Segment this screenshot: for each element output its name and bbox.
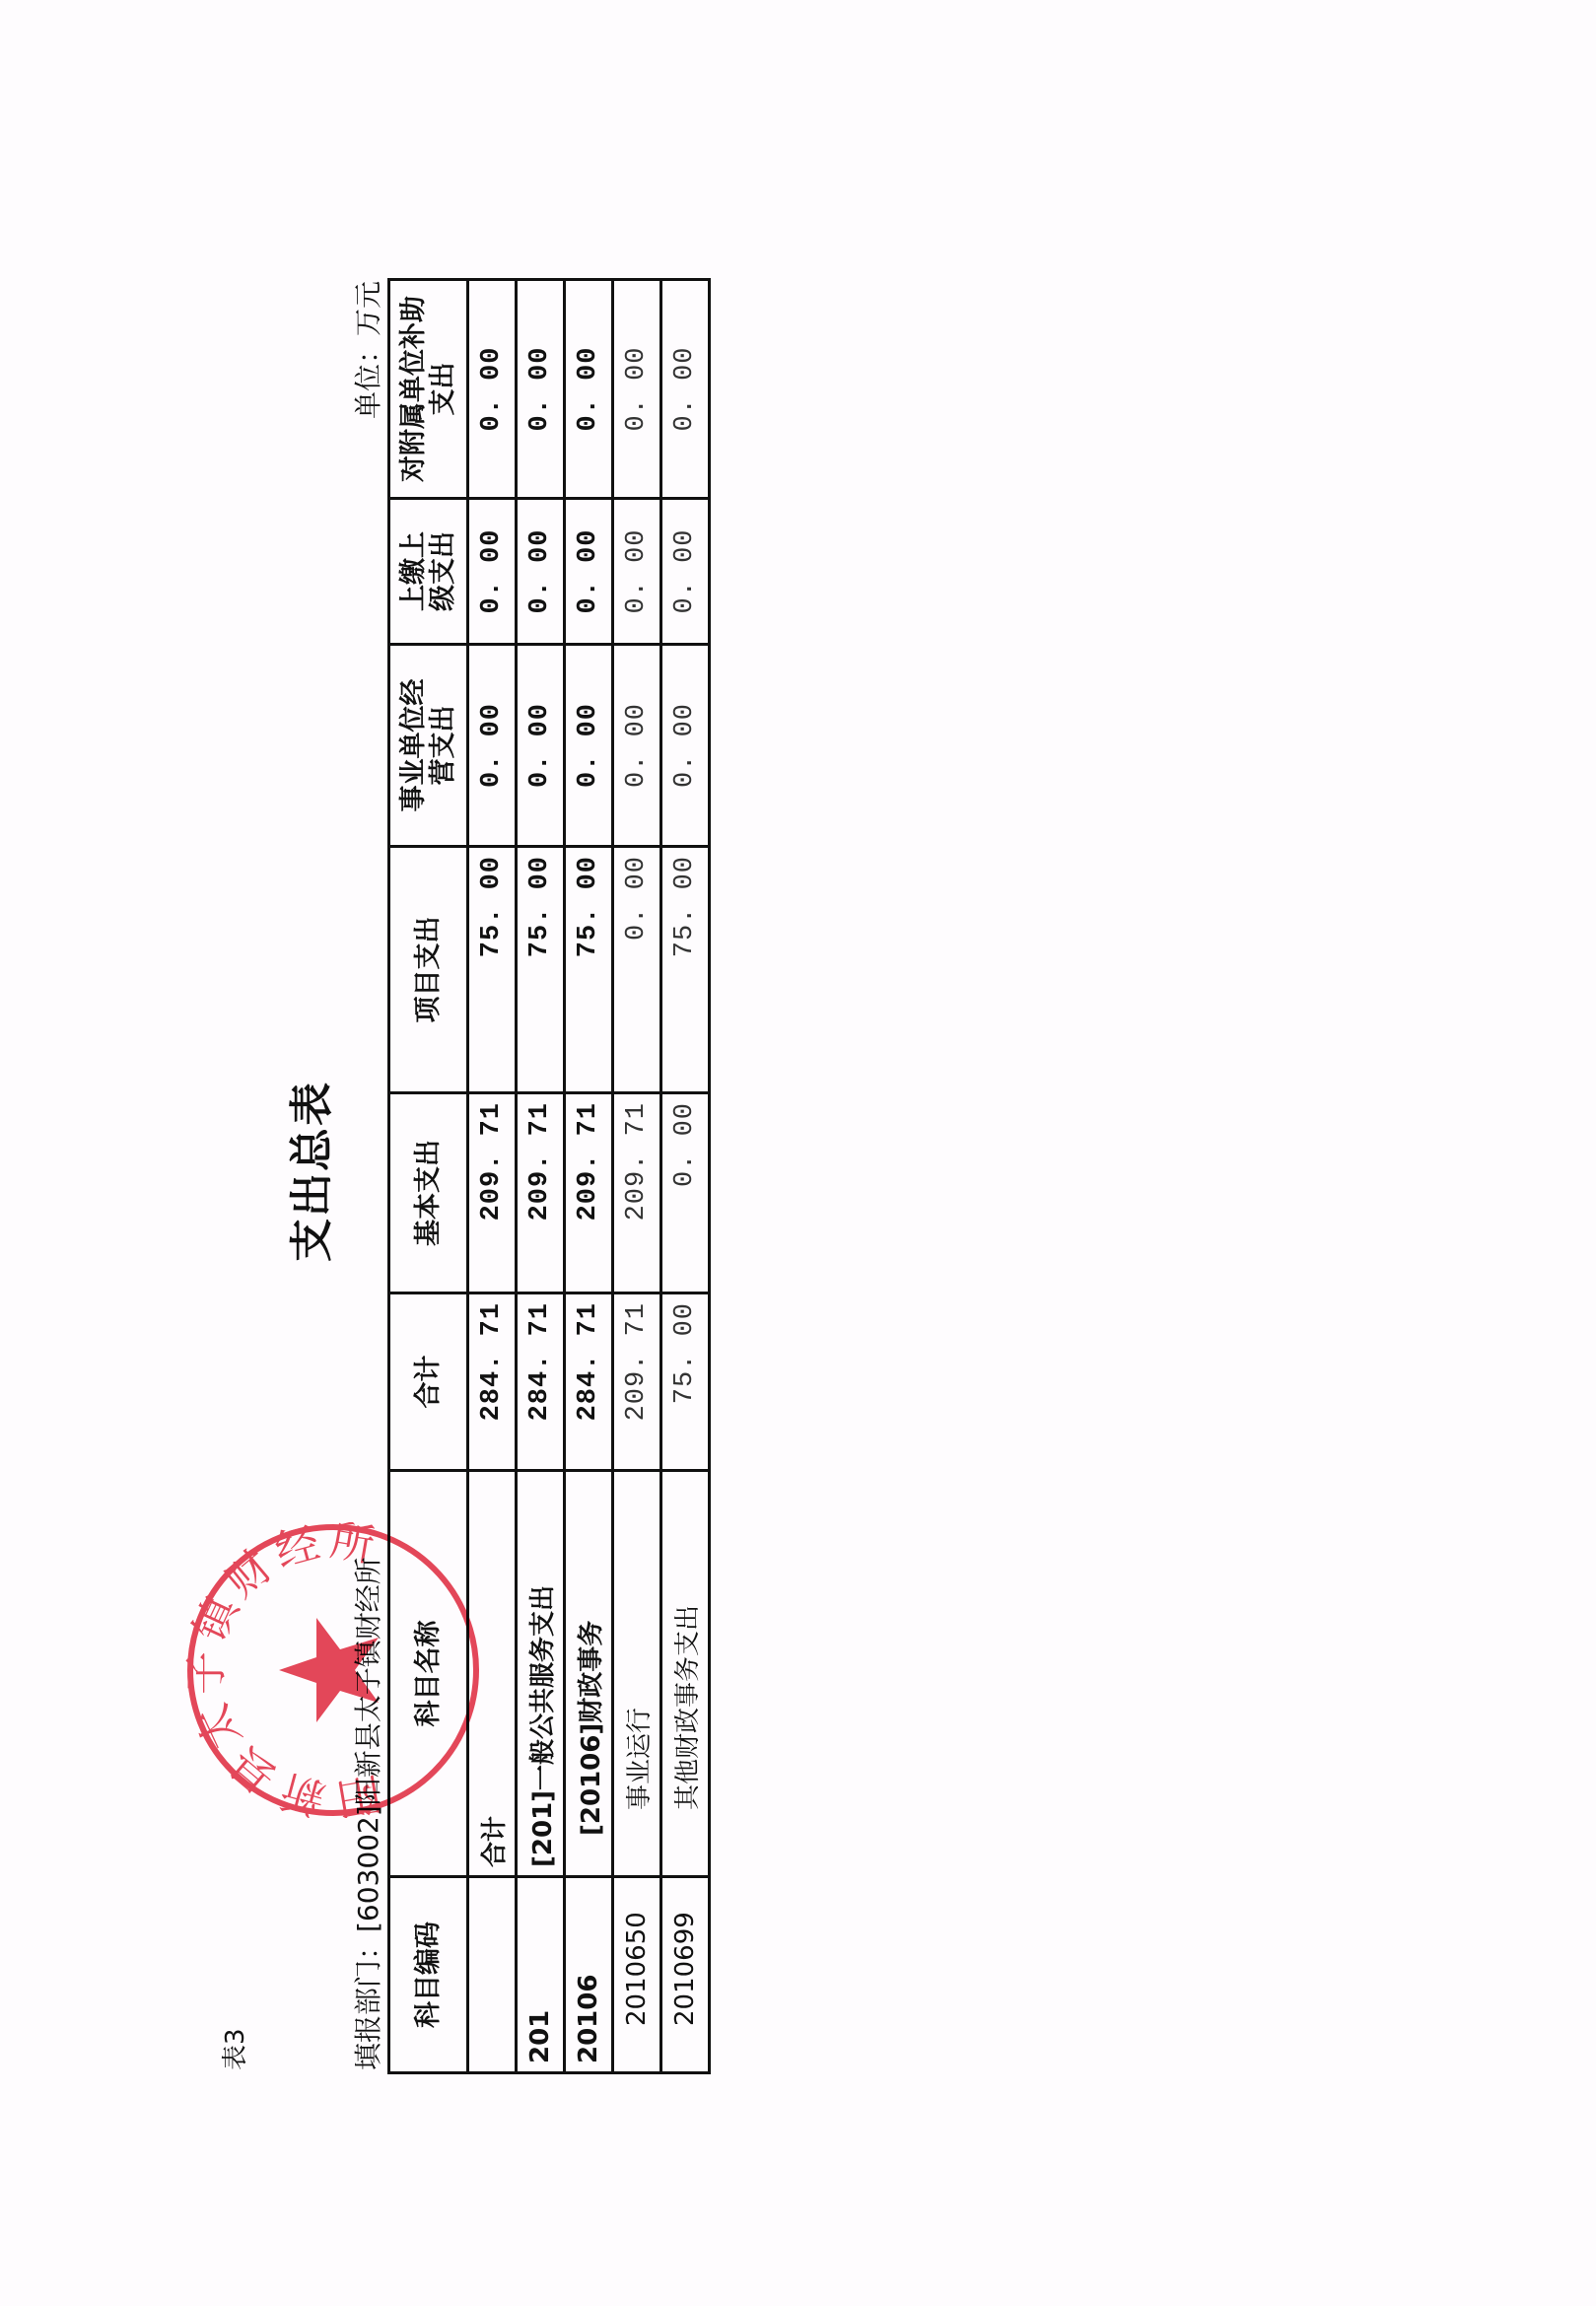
- cell-upper: 0. 00: [613, 499, 661, 645]
- cell-total: 209. 71: [613, 1293, 661, 1471]
- cell-upper: 0. 00: [661, 499, 710, 645]
- cell-code: [468, 1877, 517, 2073]
- cell-subsidy: 0. 00: [565, 280, 613, 499]
- cell-name: 其他财政事务支出: [661, 1471, 710, 1877]
- cell-total: 284. 71: [517, 1293, 565, 1471]
- col-header-business-label: 事业单位经营支出: [398, 679, 458, 812]
- cell-total: 284. 71: [565, 1293, 613, 1471]
- expenditure-table: 科目编码 科目名称 合计 基本支出 项目支出 事业单位经营支出 上缴上级支出 对…: [387, 278, 711, 2074]
- table-row: 201[201]一般公共服务支出284. 71209. 7175. 000. 0…: [517, 280, 565, 2073]
- cell-name: 事业运行: [613, 1471, 661, 1877]
- cell-subsidy: 0. 00: [468, 280, 517, 499]
- cell-code: 2010650: [613, 1877, 661, 2073]
- cell-business: 0. 00: [661, 645, 710, 847]
- unit-label: 单位：万元: [347, 281, 386, 433]
- col-header-name: 科目名称: [389, 1471, 468, 1877]
- cell-business: 0. 00: [468, 645, 517, 847]
- cell-subsidy: 0. 00: [613, 280, 661, 499]
- department-label: 填报部门：[603002]阳新县太子镇财经所: [347, 1557, 386, 2070]
- cell-name: 合计: [468, 1471, 517, 1877]
- cell-code: 20106: [565, 1877, 613, 2073]
- col-header-code: 科目编码: [389, 1877, 468, 2073]
- col-header-upper-label: 上缴上级支出: [398, 531, 458, 611]
- cell-basic: 209. 71: [565, 1093, 613, 1293]
- cell-name: [20106]财政事务: [565, 1471, 613, 1877]
- document-page: 表3 支出总表 填报部门：[603002]阳新县太子镇财经所 单位：万元 科目编…: [0, 0, 1596, 2306]
- cell-business: 0. 00: [613, 645, 661, 847]
- cell-upper: 0. 00: [468, 499, 517, 645]
- cell-total: 75. 00: [661, 1293, 710, 1471]
- col-header-basic: 基本支出: [389, 1093, 468, 1293]
- cell-code: 2010699: [661, 1877, 710, 2073]
- cell-basic: 209. 71: [517, 1093, 565, 1293]
- cell-upper: 0. 00: [565, 499, 613, 645]
- col-header-upper: 上缴上级支出: [389, 499, 468, 645]
- cell-basic: 209. 71: [468, 1093, 517, 1293]
- cell-code: 201: [517, 1877, 565, 2073]
- table-number: 表3: [215, 2028, 251, 2070]
- cell-upper: 0. 00: [517, 499, 565, 645]
- table-row: 合计284. 71209. 7175. 000. 000. 000. 00: [468, 280, 517, 2073]
- col-header-subsidy-label: 对附属单位补助支出: [398, 296, 458, 482]
- table-row: 2010699其他财政事务支出75. 000. 0075. 000. 000. …: [661, 280, 710, 2073]
- cell-business: 0. 00: [517, 645, 565, 847]
- cell-basic: 209. 71: [613, 1093, 661, 1293]
- cell-project: 0. 00: [613, 847, 661, 1093]
- cell-name: [201]一般公共服务支出: [517, 1471, 565, 1877]
- cell-subsidy: 0. 00: [661, 280, 710, 499]
- table-row: 2010650事业运行209. 71209. 710. 000. 000. 00…: [613, 280, 661, 2073]
- col-header-business: 事业单位经营支出: [389, 645, 468, 847]
- cell-project: 75. 00: [468, 847, 517, 1093]
- cell-project: 75. 00: [565, 847, 613, 1093]
- col-header-project: 项目支出: [389, 847, 468, 1093]
- col-header-subsidy: 对附属单位补助支出: [389, 280, 468, 499]
- cell-project: 75. 00: [517, 847, 565, 1093]
- cell-total: 284. 71: [468, 1293, 517, 1471]
- cell-business: 0. 00: [565, 645, 613, 847]
- table-header-row: 科目编码 科目名称 合计 基本支出 项目支出 事业单位经营支出 上缴上级支出 对…: [389, 280, 468, 2073]
- col-header-total: 合计: [389, 1293, 468, 1471]
- cell-basic: 0. 00: [661, 1093, 710, 1293]
- page-title: 支出总表: [276, 1084, 339, 1262]
- cell-project: 75. 00: [661, 847, 710, 1093]
- cell-subsidy: 0. 00: [517, 280, 565, 499]
- table-row: 20106[20106]财政事务284. 71209. 7175. 000. 0…: [565, 280, 613, 2073]
